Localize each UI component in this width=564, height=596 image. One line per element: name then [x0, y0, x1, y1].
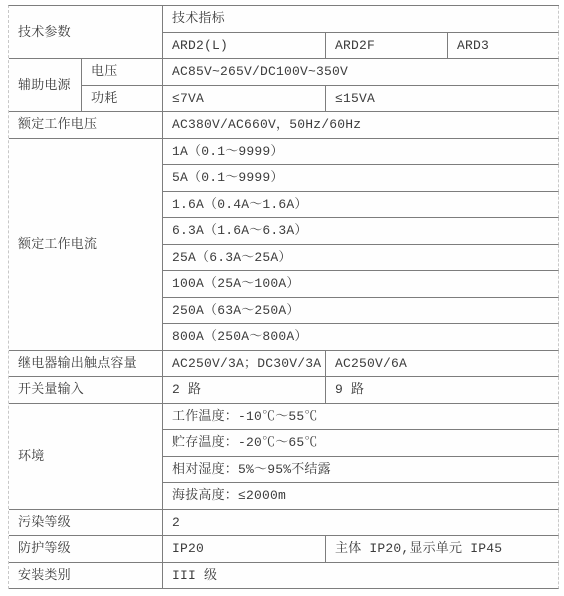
table-row: 继电器输出触点容量AC250V/3A；DC30V/3AAC250V/6A: [9, 351, 559, 378]
cell-rated-voltage-value: AC380V/AC660V，50Hz/60Hz: [163, 112, 559, 139]
cell-consumption-label: 功耗: [82, 86, 163, 113]
cell-current-100a: 100A（25A～100A）: [163, 271, 559, 298]
cell-pollution-value: 2: [163, 510, 559, 537]
cell-protection-label: 防护等级: [9, 536, 163, 563]
cell-current-6-3a: 6.3A（1.6A～6.3A）: [163, 218, 559, 245]
table-row: 污染等级2: [9, 510, 559, 537]
cell-rated-voltage-label: 额定工作电压: [9, 112, 163, 139]
table-row: 开关量输入2 路9 路: [9, 377, 559, 404]
cell-current-1a: 1A（0.1～9999）: [163, 139, 559, 166]
cell-current-800a: 800A（250A～800A）: [163, 324, 559, 351]
cell-protection-ard2f-ard3: 主体 IP20,显示单元 IP45: [326, 536, 559, 563]
cell-switch-input-ard2: 2 路: [163, 377, 326, 404]
page: { "colors": { "grid_border": "#7d7d7d", …: [0, 0, 564, 596]
table-row: 防护等级IP20主体 IP20,显示单元 IP45: [9, 536, 559, 563]
cell-env-storage-temp: 贮存温度：-20℃～65℃: [163, 430, 559, 457]
table-row: 技术参数技术指标: [9, 6, 559, 33]
cell-voltage-label: 电压: [82, 59, 163, 86]
cell-model-ard2l: ARD2(L): [163, 33, 326, 60]
cell-consumption-ard2f-ard3: ≤15VA: [326, 86, 559, 113]
cell-model-ard3: ARD3: [448, 33, 559, 60]
cell-environment-label: 环境: [9, 404, 163, 510]
cell-consumption-ard2: ≤7VA: [163, 86, 326, 113]
cell-relay-ard2: AC250V/3A；DC30V/3A: [163, 351, 326, 378]
table-row: 额定工作电压AC380V/AC660V，50Hz/60Hz: [9, 112, 559, 139]
cell-current-250a: 250A（63A～250A）: [163, 298, 559, 325]
cell-current-1-6a: 1.6A（0.4A～1.6A）: [163, 192, 559, 219]
cell-voltage-value: AC85V~265V/DC100V~350V: [163, 59, 559, 86]
cell-env-altitude: 海拔高度：≤2000m: [163, 483, 559, 510]
table-row: 辅助电源电压AC85V~265V/DC100V~350V: [9, 59, 559, 86]
cell-relay-output-label: 继电器输出触点容量: [9, 351, 163, 378]
table-row: 额定工作电流1A（0.1～9999）: [9, 139, 559, 166]
cell-installation-label: 安装类别: [9, 563, 163, 590]
cell-pollution-label: 污染等级: [9, 510, 163, 537]
cell-tech-params-label: 技术参数: [9, 6, 163, 59]
table-row: 安装类别III 级: [9, 563, 559, 590]
cell-switch-input-ard2f-ard3: 9 路: [326, 377, 559, 404]
cell-tech-indicator-header: 技术指标: [163, 6, 559, 33]
cell-current-5a: 5A（0.1～9999）: [163, 165, 559, 192]
cell-relay-ard2f-ard3: AC250V/6A: [326, 351, 559, 378]
cell-current-25a: 25A（6.3A～25A）: [163, 245, 559, 272]
table-row: 环境工作温度：-10℃～55℃: [9, 404, 559, 431]
cell-aux-power-label: 辅助电源: [9, 59, 82, 112]
cell-model-ard2f: ARD2F: [326, 33, 448, 60]
cell-installation-value: III 级: [163, 563, 559, 590]
cell-protection-ard2: IP20: [163, 536, 326, 563]
table-row: 功耗≤7VA≤15VA: [9, 86, 559, 113]
technical-specs-table: 技术参数技术指标ARD2(L)ARD2FARD3辅助电源电压AC85V~265V…: [8, 5, 559, 589]
cell-rated-current-label: 额定工作电流: [9, 139, 163, 351]
cell-env-working-temp: 工作温度：-10℃～55℃: [163, 404, 559, 431]
cell-env-humidity: 相对湿度：5%～95%不结露: [163, 457, 559, 484]
cell-switch-input-label: 开关量输入: [9, 377, 163, 404]
